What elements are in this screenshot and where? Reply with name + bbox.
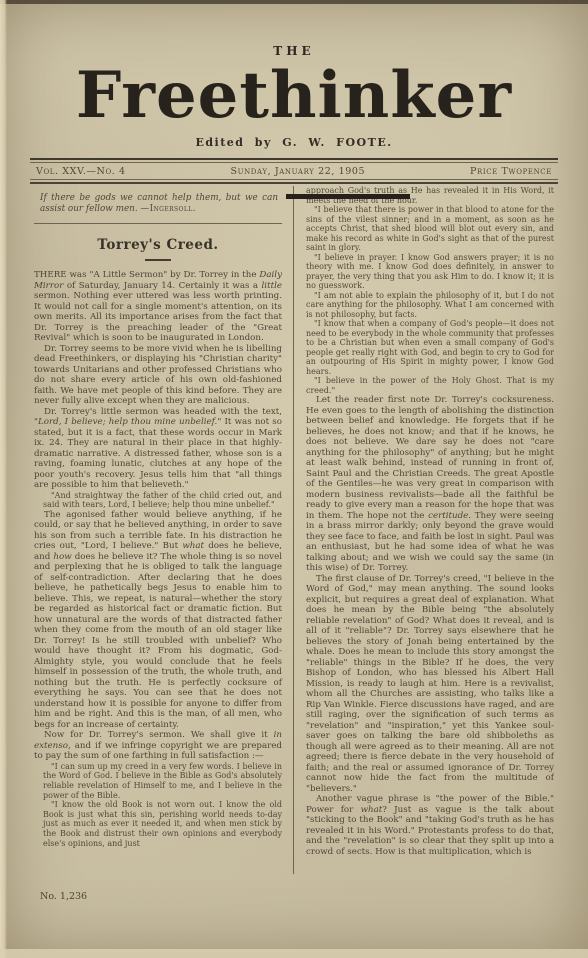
right-column-body: approach God's truth as He has revealed … [306,186,554,857]
masthead-rule-bottom [30,179,558,184]
volume-number: Vol. XXV.—No. 4 [36,166,126,177]
left-column-body: THERE was "A Little Sermon" by Dr. Torre… [34,270,282,848]
scanned-newspaper-page: THE Freethinker Edited by G. W. FOOTE. V… [0,0,588,958]
paragraph: "I am not able to explain the philosophy… [306,291,554,320]
paragraph: "And straightway the father of the child… [43,491,282,510]
column-right: approach God's truth as He has revealed … [294,186,554,874]
paragraph: The first clause of Dr. Torrey's creed, … [306,574,554,795]
masthead-rule-top [30,158,558,163]
paragraph: Now for Dr. Torrey's sermon. We shall gi… [34,730,282,762]
paragraph: Dr. Torrey's little sermon was headed wi… [34,407,282,491]
paragraph: "I believe in the power of the Holy Ghos… [306,376,554,395]
paragraph: "I believe in prayer. I know God answers… [306,253,554,291]
article-title: Torrey's Creed. [34,237,282,253]
paragraph: "I believe that there is power in that b… [306,205,554,253]
epigraph: If there be gods we cannot help them, bu… [34,186,282,224]
paragraph: "I can sum up my creed in a very few wor… [43,762,282,800]
ink-bar-artifact [286,194,410,199]
paragraph: The agonised father would believe anythi… [34,510,282,731]
issue-date: Sunday, January 22, 1905 [230,166,365,177]
article-columns: If there be gods we cannot help them, bu… [34,186,554,874]
scan-edge-bottom [0,949,588,958]
price: Price Twopence [470,166,552,177]
paragraph: "I know that when a company of God's peo… [306,319,554,376]
paragraph: THERE was "A Little Sermon" by Dr. Torre… [34,270,282,344]
edited-by-line: Edited by G. W. FOOTE. [0,136,588,149]
issue-number: No. 1,236 [40,891,87,902]
paragraph: Let the reader first note Dr. Torrey's c… [306,395,554,574]
epigraph-attribution: —Ingersoll. [140,204,195,214]
column-left: If there be gods we cannot help them, bu… [34,186,294,874]
paragraph: "I know the old Book is not worn out. I … [43,800,282,848]
paragraph: Another vague phrase is "the power of th… [306,794,554,857]
title-dash-rule [145,259,171,261]
dateline: Vol. XXV.—No. 4 Sunday, January 22, 1905… [36,166,552,177]
paragraph: Dr. Torrey seems to be more vivid when h… [34,344,282,407]
masthead-kicker: THE [0,44,588,58]
masthead: THE Freethinker Edited by G. W. FOOTE. [0,0,588,149]
paper-title: Freethinker [0,62,588,129]
